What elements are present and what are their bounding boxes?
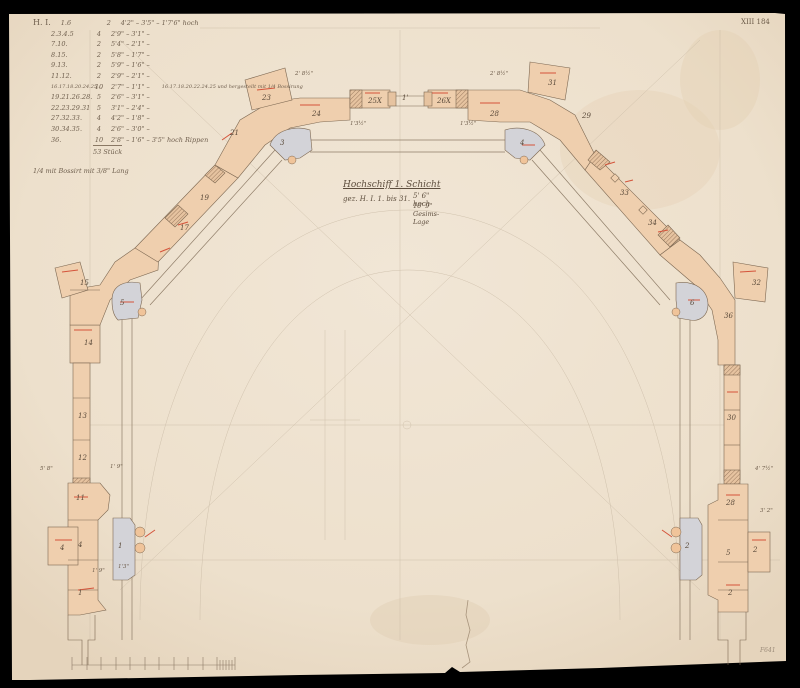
svg-text:5: 5 — [120, 299, 125, 307]
svg-text:4: 4 — [59, 544, 64, 552]
legend-row: 11.12.22'9" – 2'1" – — [51, 71, 303, 82]
pier-left-apse — [112, 282, 142, 320]
legend-row: 16.17.18.20.24.25...102'7" – 1'1" –16.17… — [51, 82, 303, 93]
svg-text:34: 34 — [648, 219, 657, 227]
svg-text:1' 9": 1' 9" — [92, 568, 105, 574]
svg-text:1'3½": 1'3½" — [350, 120, 366, 127]
svg-text:2: 2 — [752, 546, 758, 554]
svg-text:32: 32 — [752, 279, 761, 287]
svg-text:1'3½": 1'3½" — [460, 120, 476, 127]
svg-text:30: 30 — [727, 414, 736, 422]
legend-dims: 4'2" – 3'5" – 1'7'6" hoch — [121, 18, 199, 29]
svg-text:1': 1' — [402, 94, 408, 102]
svg-text:31: 31 — [548, 79, 557, 87]
svg-text:33: 33 — [620, 189, 629, 197]
sheet-number: XIII 184 — [741, 18, 770, 26]
legend-heading: H. I. — [33, 18, 51, 29]
svg-text:15: 15 — [80, 279, 89, 287]
svg-text:6: 6 — [690, 299, 695, 307]
legend-heading-row: H. I. 1.6 2 4'2" – 3'5" – 1'7'6" hoch — [33, 18, 303, 29]
cornice-note: 16' 9" Gesims-Lage — [413, 202, 440, 226]
svg-text:2: 2 — [727, 589, 733, 597]
legend-total-row: 53 Stück — [51, 145, 303, 158]
svg-text:1' 9": 1' 9" — [110, 464, 123, 470]
svg-text:12: 12 — [78, 454, 87, 462]
svg-text:1: 1 — [118, 542, 122, 550]
legend-ids: 1.6 — [61, 18, 97, 29]
svg-text:17: 17 — [180, 224, 189, 232]
svg-text:2' 8½": 2' 8½" — [489, 70, 508, 77]
legend-row: 27.32.33.44'2" – 1'8" – — [51, 113, 303, 124]
stone-legend: H. I. 1.6 2 4'2" – 3'5" – 1'7'6" hoch 2.… — [33, 18, 303, 176]
legend-note: 16.17.18.20.22.24.25 und hergestellt mit… — [162, 82, 303, 93]
svg-text:13: 13 — [78, 412, 87, 420]
legend-row: 30.34.35.42'6" – 3'0" – — [51, 124, 303, 135]
legend-row: 36.102'8" – 1'6" – 3'5" hoch Rippen — [51, 135, 303, 146]
svg-text:1: 1 — [78, 589, 82, 597]
drawing-title: Hochschiff 1. Schicht — [343, 180, 440, 190]
legend-row: 9.13.25'9" – 1'6" – — [51, 60, 303, 71]
legend-row: 7.10.25'4" – 2'1" – — [51, 39, 303, 50]
pier-left-bottom — [113, 518, 135, 580]
svg-text:28: 28 — [489, 110, 499, 118]
svg-text:28: 28 — [725, 499, 735, 507]
svg-text:1'3": 1'3" — [118, 564, 129, 570]
legend-total: 53 Stück — [93, 145, 122, 158]
svg-text:24: 24 — [311, 110, 321, 118]
legend-row: 2.3.4.542'9" – 3'1" – — [51, 29, 303, 40]
svg-text:25X: 25X — [367, 97, 383, 105]
svg-text:3' 2": 3' 2" — [760, 508, 773, 514]
svg-text:5' 8": 5' 8" — [40, 466, 53, 472]
inventory-mark: F641 — [760, 647, 776, 654]
legend-count: 2 — [103, 18, 115, 29]
svg-text:4: 4 — [77, 541, 82, 549]
svg-text:4: 4 — [519, 139, 524, 147]
svg-text:19: 19 — [200, 194, 209, 202]
legend-row: 19.21.26.28.52'6" – 3'1" – — [51, 92, 303, 103]
svg-text:26X: 26X — [436, 97, 452, 105]
svg-text:14: 14 — [84, 339, 93, 347]
svg-text:2: 2 — [684, 542, 690, 550]
title-block: Hochschiff 1. Schicht gez. H. I. 1. bis … — [343, 180, 440, 203]
svg-text:5: 5 — [726, 549, 731, 557]
legend-row: 22.23.29.3153'1" – 2'4" – — [51, 103, 303, 114]
svg-text:36: 36 — [724, 312, 733, 320]
legend-row: 8.15.25'8" – 1'7" – — [51, 50, 303, 61]
svg-text:11: 11 — [76, 494, 85, 502]
pier-right-bottom — [680, 518, 702, 580]
svg-text:4' 7½": 4' 7½" — [754, 465, 773, 472]
legend-footnote: 1/4 mit Bossirt mit 3/8" Lang — [33, 166, 303, 177]
svg-text:29: 29 — [581, 112, 591, 120]
